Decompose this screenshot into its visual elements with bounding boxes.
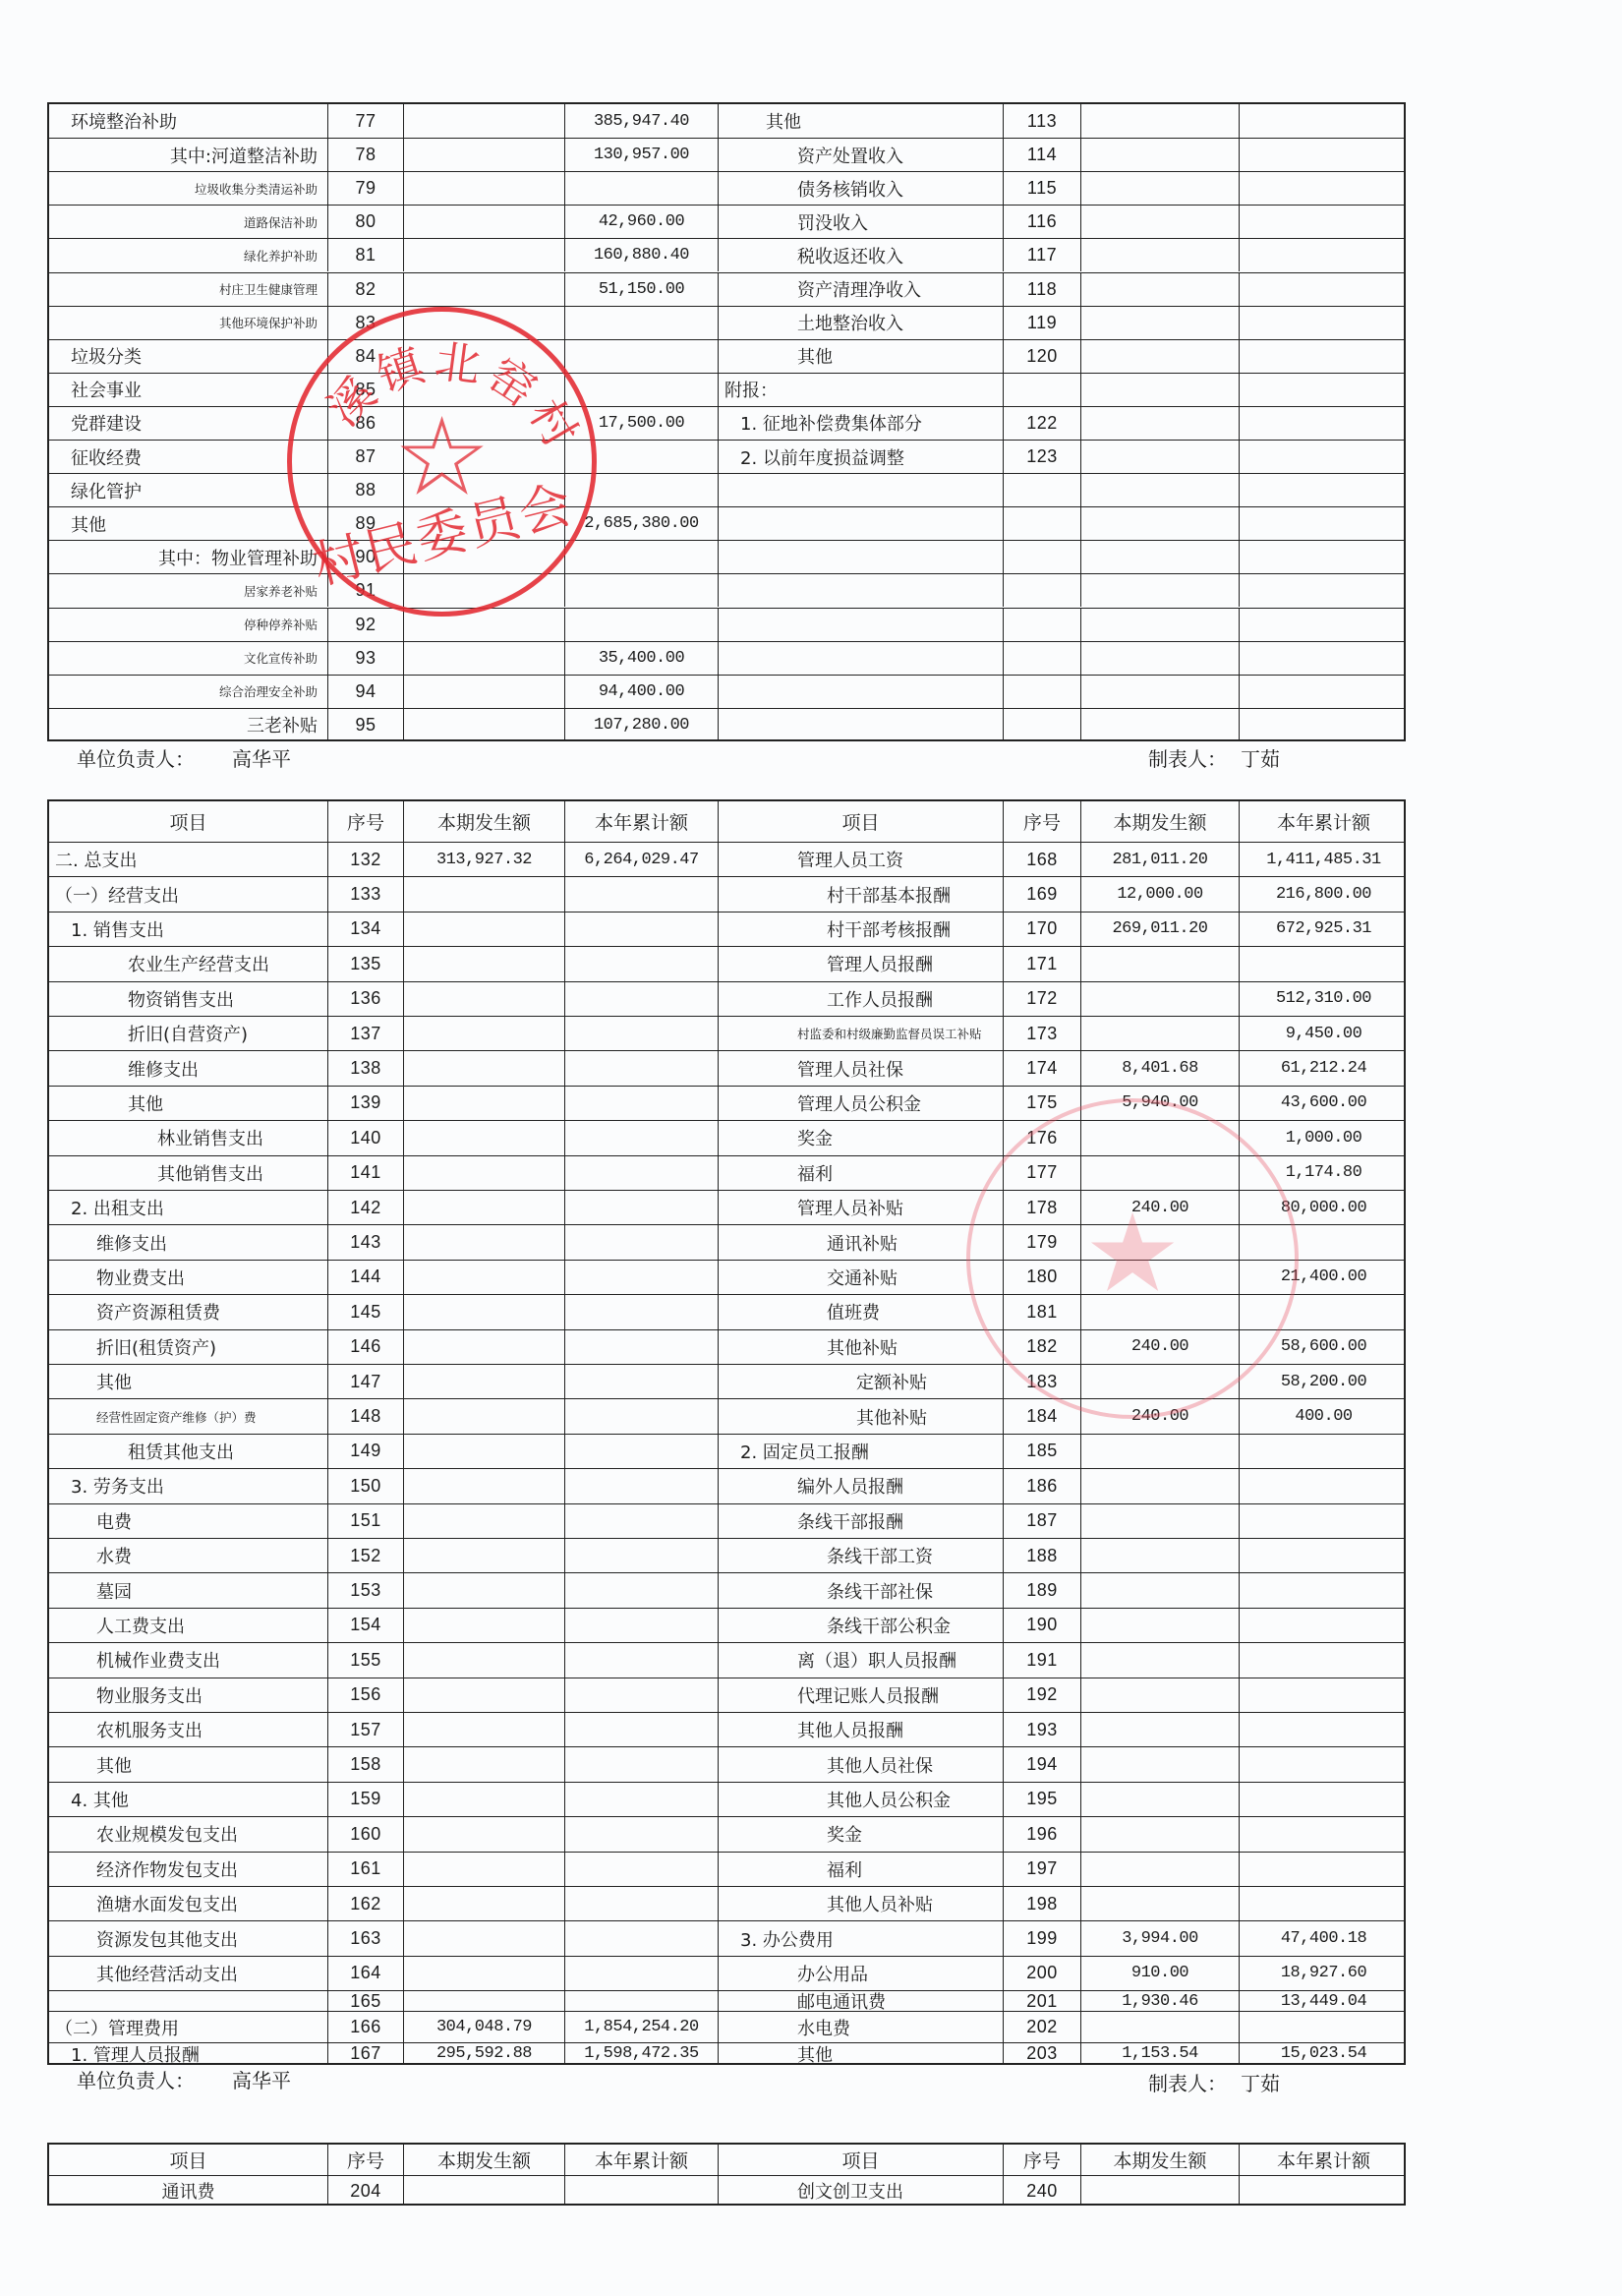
table-row: 人工费支出154条线干部公积金190 xyxy=(49,1608,1404,1642)
current-period-amount xyxy=(1080,642,1239,675)
table-row: 其他销售支出141福利1771,174.80 xyxy=(49,1155,1404,1190)
current-period-amount xyxy=(1080,1504,1239,1538)
row-number xyxy=(1003,574,1080,607)
row-number: 136 xyxy=(327,982,403,1016)
year-to-date-amount xyxy=(1239,1295,1408,1328)
row-number: 181 xyxy=(1003,1295,1080,1328)
current-period-amount xyxy=(403,609,564,641)
current-period-amount xyxy=(1080,1573,1239,1607)
current-period-amount xyxy=(403,407,564,440)
year-to-date-amount xyxy=(564,172,718,205)
current-period-amount xyxy=(1080,609,1239,641)
year-to-date-amount xyxy=(1239,104,1408,138)
row-number: 82 xyxy=(327,273,403,306)
year-to-date-amount: 672,925.31 xyxy=(1239,913,1408,946)
current-period-amount xyxy=(1080,441,1239,473)
year-to-date-amount xyxy=(1239,2176,1408,2206)
current-period-amount xyxy=(403,1747,564,1781)
current-period-amount xyxy=(403,1783,564,1816)
table-row: 3. 劳务支出150编外人员报酬186 xyxy=(49,1468,1404,1502)
year-to-date-amount xyxy=(1239,947,1408,980)
year-to-date-amount xyxy=(564,1087,718,1120)
item-label: 垃圾收集分类清运补助 xyxy=(49,172,327,205)
table-row: 社会事业85附报： xyxy=(49,373,1404,406)
current-period-amount xyxy=(403,1156,564,1190)
current-period-amount: 910.00 xyxy=(1080,1957,1239,1990)
row-number: 170 xyxy=(1003,913,1080,946)
item-label: 社会事业 xyxy=(49,374,327,406)
row-number: 144 xyxy=(327,1261,403,1294)
item-label: 三老补贴 xyxy=(49,709,327,741)
item-label: 农机服务支出 xyxy=(49,1713,327,1746)
year-to-date-amount: 160,880.40 xyxy=(564,239,718,271)
item-label: 奖金 xyxy=(718,1121,1003,1154)
column-header-item: 项目 xyxy=(49,2145,327,2175)
item-label: 其他人员社保 xyxy=(718,1747,1003,1781)
current-period-amount xyxy=(403,1191,564,1224)
column-header-period: 本期发生额 xyxy=(1080,801,1239,842)
year-to-date-amount xyxy=(564,1399,718,1433)
row-number: 81 xyxy=(327,239,403,271)
current-period-amount xyxy=(1080,1609,1239,1642)
maker-label: 制表人： xyxy=(1148,747,1227,771)
row-number: 119 xyxy=(1003,307,1080,339)
current-period-amount: 240.00 xyxy=(1080,1330,1239,1364)
row-number: 194 xyxy=(1003,1747,1080,1781)
leader-label: 单位负责人： xyxy=(77,2069,195,2092)
current-period-amount xyxy=(403,474,564,506)
current-period-amount xyxy=(1080,206,1239,238)
item-label: 其他销售支出 xyxy=(49,1156,327,1190)
year-to-date-amount: 58,600.00 xyxy=(1239,1330,1408,1364)
row-number: 164 xyxy=(327,1957,403,1990)
table-row: 其他892,685,380.00 xyxy=(49,506,1404,540)
item-label: 绿化养护补助 xyxy=(49,239,327,271)
table-row: 其他环境保护补助83土地整治收入119 xyxy=(49,306,1404,339)
year-to-date-amount: 1,854,254.20 xyxy=(564,2012,718,2042)
current-period-amount: 281,011.20 xyxy=(1080,843,1239,876)
item-label: 折旧(自营资产) xyxy=(49,1017,327,1050)
current-period-amount xyxy=(1080,1225,1239,1259)
item-label xyxy=(49,1991,327,2011)
row-number: 195 xyxy=(1003,1783,1080,1816)
current-period-amount xyxy=(1080,1678,1239,1712)
year-to-date-amount: 512,310.00 xyxy=(1239,982,1408,1016)
item-label: 停种停养补贴 xyxy=(49,609,327,641)
table-row: 党群建设8617,500.001. 征地补偿费集体部分122 xyxy=(49,406,1404,440)
year-to-date-amount: 6,264,029.47 xyxy=(564,843,718,876)
year-to-date-amount: 2,685,380.00 xyxy=(564,507,718,540)
current-period-amount xyxy=(1080,1365,1239,1398)
current-period-amount xyxy=(403,982,564,1016)
year-to-date-amount: 400.00 xyxy=(1239,1399,1408,1433)
row-number: 113 xyxy=(1003,104,1080,138)
row-number: 203 xyxy=(1003,2043,1080,2064)
current-period-amount xyxy=(403,913,564,946)
item-label: 党群建设 xyxy=(49,407,327,440)
row-number: 191 xyxy=(1003,1643,1080,1677)
row-number: 177 xyxy=(1003,1156,1080,1190)
item-label: 其他补贴 xyxy=(718,1399,1003,1433)
row-number: 189 xyxy=(1003,1573,1080,1607)
row-number: 163 xyxy=(327,1921,403,1955)
row-number: 192 xyxy=(1003,1678,1080,1712)
item-label: 征收经费 xyxy=(49,441,327,473)
year-to-date-amount xyxy=(564,474,718,506)
table-row: 维修支出138管理人员社保1748,401.6861,212.24 xyxy=(49,1050,1404,1085)
row-number: 115 xyxy=(1003,172,1080,205)
year-to-date-amount xyxy=(564,1747,718,1781)
row-number: 196 xyxy=(1003,1817,1080,1851)
row-number: 135 xyxy=(327,947,403,980)
year-to-date-amount: 94,400.00 xyxy=(564,676,718,708)
row-number xyxy=(1003,709,1080,741)
current-period-amount: 295,592.88 xyxy=(403,2043,564,2064)
current-period-amount xyxy=(403,1087,564,1120)
table-row: 二. 总支出132313,927.326,264,029.47管理人员工资168… xyxy=(49,842,1404,876)
year-to-date-amount: 1,174.80 xyxy=(1239,1156,1408,1190)
item-label: 福利 xyxy=(718,1156,1003,1190)
year-to-date-amount xyxy=(1239,172,1408,205)
table-row: 停种停养补贴92 xyxy=(49,608,1404,641)
table-row: 1. 销售支出134村干部考核报酬170269,011.20672,925.31 xyxy=(49,912,1404,946)
year-to-date-amount xyxy=(1239,1225,1408,1259)
year-to-date-amount: 1,411,485.31 xyxy=(1239,843,1408,876)
year-to-date-amount xyxy=(564,1051,718,1085)
year-to-date-amount xyxy=(1239,441,1408,473)
current-period-amount xyxy=(1080,1121,1239,1154)
item-label: 通讯补贴 xyxy=(718,1225,1003,1259)
table-row: 折旧(自营资产)137村监委和村级廉勤监督员误工补贴1739,450.00 xyxy=(49,1016,1404,1050)
table-row: 垃圾收集分类清运补助79债务核销收入115 xyxy=(49,171,1404,205)
row-number: 141 xyxy=(327,1156,403,1190)
maker-name: 丁茹 xyxy=(1241,747,1280,771)
row-number: 89 xyxy=(327,507,403,540)
year-to-date-amount xyxy=(1239,2012,1408,2042)
item-label: 资产处置收入 xyxy=(718,139,1003,171)
row-number: 171 xyxy=(1003,947,1080,980)
table-row: 农机服务支出157其他人员报酬193 xyxy=(49,1712,1404,1746)
item-label: 农业生产经营支出 xyxy=(49,947,327,980)
column-header-seq: 序号 xyxy=(1003,2145,1080,2175)
table-row: 水费152条线干部工资188 xyxy=(49,1538,1404,1572)
table-row: 农业规模发包支出160奖金196 xyxy=(49,1816,1404,1851)
item-label: 2. 以前年度损益调整 xyxy=(718,441,1003,473)
current-period-amount xyxy=(403,1399,564,1433)
item-label: 其他 xyxy=(718,2043,1003,2064)
row-number: 133 xyxy=(327,877,403,911)
item-label: 道路保洁补助 xyxy=(49,206,327,238)
table-row: 农业生产经营支出135管理人员报酬171 xyxy=(49,946,1404,980)
row-number: 183 xyxy=(1003,1365,1080,1398)
row-number: 94 xyxy=(327,676,403,708)
row-number: 84 xyxy=(327,340,403,373)
row-number: 178 xyxy=(1003,1191,1080,1224)
current-period-amount xyxy=(403,1121,564,1154)
year-to-date-amount: 42,960.00 xyxy=(564,206,718,238)
row-number: 80 xyxy=(327,206,403,238)
column-header-period: 本期发生额 xyxy=(403,2145,564,2175)
year-to-date-amount: 21,400.00 xyxy=(1239,1261,1408,1294)
item-label: 林业销售支出 xyxy=(49,1121,327,1154)
row-number: 145 xyxy=(327,1295,403,1328)
row-number: 142 xyxy=(327,1191,403,1224)
year-to-date-amount xyxy=(1239,574,1408,607)
current-period-amount xyxy=(403,1713,564,1746)
row-number: 167 xyxy=(327,2043,403,2064)
table-row: 物业费支出144交通补贴18021,400.00 xyxy=(49,1260,1404,1294)
item-label: 租赁其他支出 xyxy=(49,1435,327,1468)
item-label: 1. 征地补偿费集体部分 xyxy=(718,407,1003,440)
current-period-amount xyxy=(1080,172,1239,205)
current-period-amount: 8,401.68 xyxy=(1080,1051,1239,1085)
row-number: 116 xyxy=(1003,206,1080,238)
table-row: 其中：物业管理补助90 xyxy=(49,540,1404,573)
row-number: 151 xyxy=(327,1504,403,1538)
year-to-date-amount: 385,947.40 xyxy=(564,104,718,138)
current-period-amount xyxy=(1080,709,1239,741)
item-label: 人工费支出 xyxy=(49,1609,327,1642)
item-label: 其他 xyxy=(49,1747,327,1781)
current-period-amount xyxy=(403,1991,564,2011)
row-number: 174 xyxy=(1003,1051,1080,1085)
year-to-date-amount xyxy=(1239,1678,1408,1712)
row-number: 114 xyxy=(1003,139,1080,171)
table-row: 4. 其他159其他人员公积金195 xyxy=(49,1782,1404,1816)
year-to-date-amount xyxy=(1239,1887,1408,1920)
year-to-date-amount xyxy=(1239,206,1408,238)
item-label: 综合治理安全补助 xyxy=(49,676,327,708)
item-label: 土地整治收入 xyxy=(718,307,1003,339)
current-period-amount xyxy=(1080,507,1239,540)
item-label: 管理人员公积金 xyxy=(718,1087,1003,1120)
table-row: 物业服务支出156代理记账人员报酬192 xyxy=(49,1678,1404,1712)
row-number: 201 xyxy=(1003,1991,1080,2011)
item-label: 机械作业费支出 xyxy=(49,1643,327,1677)
current-period-amount xyxy=(1080,2012,1239,2042)
item-label: 条线干部报酬 xyxy=(718,1504,1003,1538)
item-label: 村庄卫生健康管理 xyxy=(49,273,327,306)
row-number: 152 xyxy=(327,1539,403,1572)
row-number xyxy=(1003,474,1080,506)
row-number: 147 xyxy=(327,1365,403,1398)
item-label: 福利 xyxy=(718,1853,1003,1886)
item-label: 村干部考核报酬 xyxy=(718,913,1003,946)
row-number: 92 xyxy=(327,609,403,641)
column-header-seq: 序号 xyxy=(327,801,403,842)
row-number: 117 xyxy=(1003,239,1080,271)
table-row: 其他139管理人员公积金1755,940.0043,600.00 xyxy=(49,1086,1404,1120)
leader-name: 高华平 xyxy=(232,2069,291,2092)
table-row: 资产资源租赁费145值班费181 xyxy=(49,1294,1404,1328)
column-header-year: 本年累计额 xyxy=(1239,801,1408,842)
item-label: 水电费 xyxy=(718,2012,1003,2042)
table-row: 1. 管理人员报酬167295,592.881,598,472.35其他2031… xyxy=(49,2042,1404,2064)
row-number: 156 xyxy=(327,1678,403,1712)
year-to-date-amount xyxy=(1239,1713,1408,1746)
row-number: 139 xyxy=(327,1087,403,1120)
item-label: 垃圾分类 xyxy=(49,340,327,373)
row-number: 184 xyxy=(1003,1399,1080,1433)
current-period-amount xyxy=(403,1817,564,1851)
row-number: 175 xyxy=(1003,1087,1080,1120)
row-number: 188 xyxy=(1003,1539,1080,1572)
current-period-amount xyxy=(403,1678,564,1712)
year-to-date-amount: 17,500.00 xyxy=(564,407,718,440)
year-to-date-amount xyxy=(564,1609,718,1642)
year-to-date-amount xyxy=(564,1853,718,1886)
row-number: 138 xyxy=(327,1051,403,1085)
item-label: 其他人员补贴 xyxy=(718,1887,1003,1920)
current-period-amount xyxy=(1080,574,1239,607)
row-number: 87 xyxy=(327,441,403,473)
table-row: 居家养老补贴91 xyxy=(49,573,1404,607)
current-period-amount: 269,011.20 xyxy=(1080,913,1239,946)
item-label: 其他补贴 xyxy=(718,1330,1003,1364)
row-number: 154 xyxy=(327,1609,403,1642)
current-period-amount xyxy=(1080,1853,1239,1886)
current-period-amount xyxy=(403,709,564,741)
row-number: 197 xyxy=(1003,1853,1080,1886)
item-label: 4. 其他 xyxy=(49,1783,327,1816)
year-to-date-amount xyxy=(1239,676,1408,708)
item-label: 管理人员报酬 xyxy=(718,947,1003,980)
year-to-date-amount xyxy=(1239,1504,1408,1538)
year-to-date-amount: 107,280.00 xyxy=(564,709,718,741)
table-row: 经营性固定资产维修（护）费148其他补贴184240.00400.00 xyxy=(49,1398,1404,1433)
row-number xyxy=(1003,609,1080,641)
row-number: 168 xyxy=(1003,843,1080,876)
year-to-date-amount xyxy=(1239,307,1408,339)
item-label: 环境整治补助 xyxy=(49,104,327,138)
current-period-amount xyxy=(1080,1156,1239,1190)
year-to-date-amount xyxy=(1239,541,1408,573)
table-row: 机械作业费支出155离（退）职人员报酬191 xyxy=(49,1642,1404,1677)
column-header-seq: 序号 xyxy=(327,2145,403,2175)
item-label xyxy=(718,474,1003,506)
table-row: 电费151条线干部报酬187 xyxy=(49,1503,1404,1538)
current-period-amount xyxy=(403,374,564,406)
row-number: 173 xyxy=(1003,1017,1080,1050)
item-label: 资源发包其他支出 xyxy=(49,1921,327,1955)
item-label: 工作人员报酬 xyxy=(718,982,1003,1016)
year-to-date-amount xyxy=(1239,273,1408,306)
year-to-date-amount xyxy=(564,1330,718,1364)
year-to-date-amount: 130,957.00 xyxy=(564,139,718,171)
leader-label: 单位负责人： xyxy=(77,747,195,771)
year-to-date-amount xyxy=(564,1225,718,1259)
column-header-item: 项目 xyxy=(718,801,1003,842)
column-header-period: 本期发生额 xyxy=(403,801,564,842)
row-number: 180 xyxy=(1003,1261,1080,1294)
row-number: 199 xyxy=(1003,1921,1080,1955)
row-number: 202 xyxy=(1003,2012,1080,2042)
column-header-seq: 序号 xyxy=(1003,801,1080,842)
year-to-date-amount xyxy=(564,1261,718,1294)
current-period-amount xyxy=(403,1365,564,1398)
row-number: 148 xyxy=(327,1399,403,1433)
row-number: 187 xyxy=(1003,1504,1080,1538)
current-period-amount: 1,930.46 xyxy=(1080,1991,1239,2011)
row-number: 179 xyxy=(1003,1225,1080,1259)
table-header-row: 项目序号本期发生额本年累计额项目序号本期发生额本年累计额 xyxy=(49,801,1404,842)
item-label: 邮电通讯费 xyxy=(718,1991,1003,2011)
current-period-amount xyxy=(403,1643,564,1677)
current-period-amount: 240.00 xyxy=(1080,1191,1239,1224)
year-to-date-amount: 18,927.60 xyxy=(1239,1957,1408,1990)
current-period-amount xyxy=(1080,1539,1239,1572)
current-period-amount xyxy=(1080,340,1239,373)
row-number: 185 xyxy=(1003,1435,1080,1468)
year-to-date-amount: 43,600.00 xyxy=(1239,1087,1408,1120)
row-number: 132 xyxy=(327,843,403,876)
current-period-amount xyxy=(1080,1261,1239,1294)
item-label xyxy=(718,574,1003,607)
year-to-date-amount xyxy=(564,1921,718,1955)
item-label: 其他 xyxy=(718,340,1003,373)
year-to-date-amount xyxy=(1239,239,1408,271)
current-period-amount xyxy=(403,340,564,373)
row-number: 120 xyxy=(1003,340,1080,373)
year-to-date-amount xyxy=(564,1191,718,1224)
current-period-amount xyxy=(403,2176,564,2206)
year-to-date-amount: 61,212.24 xyxy=(1239,1051,1408,1085)
year-to-date-amount: 9,450.00 xyxy=(1239,1017,1408,1050)
table-row: 环境整治补助77385,947.40其他113 xyxy=(49,104,1404,138)
row-number: 93 xyxy=(327,642,403,675)
item-label: 管理人员补贴 xyxy=(718,1191,1003,1224)
table-row: （一）经营支出133村干部基本报酬16912,000.00216,800.00 xyxy=(49,876,1404,911)
expenditure-table-continued: 项目序号本期发生额本年累计额项目序号本期发生额本年累计额通讯费204创文创卫支出… xyxy=(47,2143,1406,2206)
year-to-date-amount xyxy=(1239,709,1408,741)
current-period-amount xyxy=(403,676,564,708)
item-label: 定额补贴 xyxy=(718,1365,1003,1398)
year-to-date-amount: 35,400.00 xyxy=(564,642,718,675)
row-number: 118 xyxy=(1003,273,1080,306)
current-period-amount: 12,000.00 xyxy=(1080,877,1239,911)
column-header-year: 本年累计额 xyxy=(564,801,718,842)
item-label: 代理记账人员报酬 xyxy=(718,1678,1003,1712)
table-row: 林业销售支出140奖金1761,000.00 xyxy=(49,1120,1404,1154)
item-label: 村监委和村级廉勤监督员误工补贴 xyxy=(718,1017,1003,1050)
item-label: 其他经营活动支出 xyxy=(49,1957,327,1990)
current-period-amount xyxy=(403,1017,564,1050)
item-label: 其他 xyxy=(49,1087,327,1120)
column-header-year: 本年累计额 xyxy=(564,2145,718,2175)
year-to-date-amount xyxy=(564,374,718,406)
current-period-amount xyxy=(1080,1747,1239,1781)
current-period-amount xyxy=(403,877,564,911)
item-label: 管理人员社保 xyxy=(718,1051,1003,1085)
year-to-date-amount: 47,400.18 xyxy=(1239,1921,1408,1955)
row-number xyxy=(1003,374,1080,406)
row-number: 169 xyxy=(1003,877,1080,911)
row-number: 95 xyxy=(327,709,403,741)
item-label: 电费 xyxy=(49,1504,327,1538)
footer-maker-2: 制表人：丁茹 xyxy=(1148,2068,1280,2096)
year-to-date-amount xyxy=(1239,407,1408,440)
current-period-amount xyxy=(403,1887,564,1920)
year-to-date-amount xyxy=(564,1957,718,1990)
table-row: 其中:河道整洁补助78130,957.00资产处置收入114 xyxy=(49,138,1404,171)
item-label xyxy=(718,676,1003,708)
year-to-date-amount xyxy=(564,541,718,573)
year-to-date-amount xyxy=(1239,1747,1408,1781)
year-to-date-amount xyxy=(1239,139,1408,171)
row-number xyxy=(1003,676,1080,708)
current-period-amount xyxy=(403,1504,564,1538)
year-to-date-amount xyxy=(1239,340,1408,373)
